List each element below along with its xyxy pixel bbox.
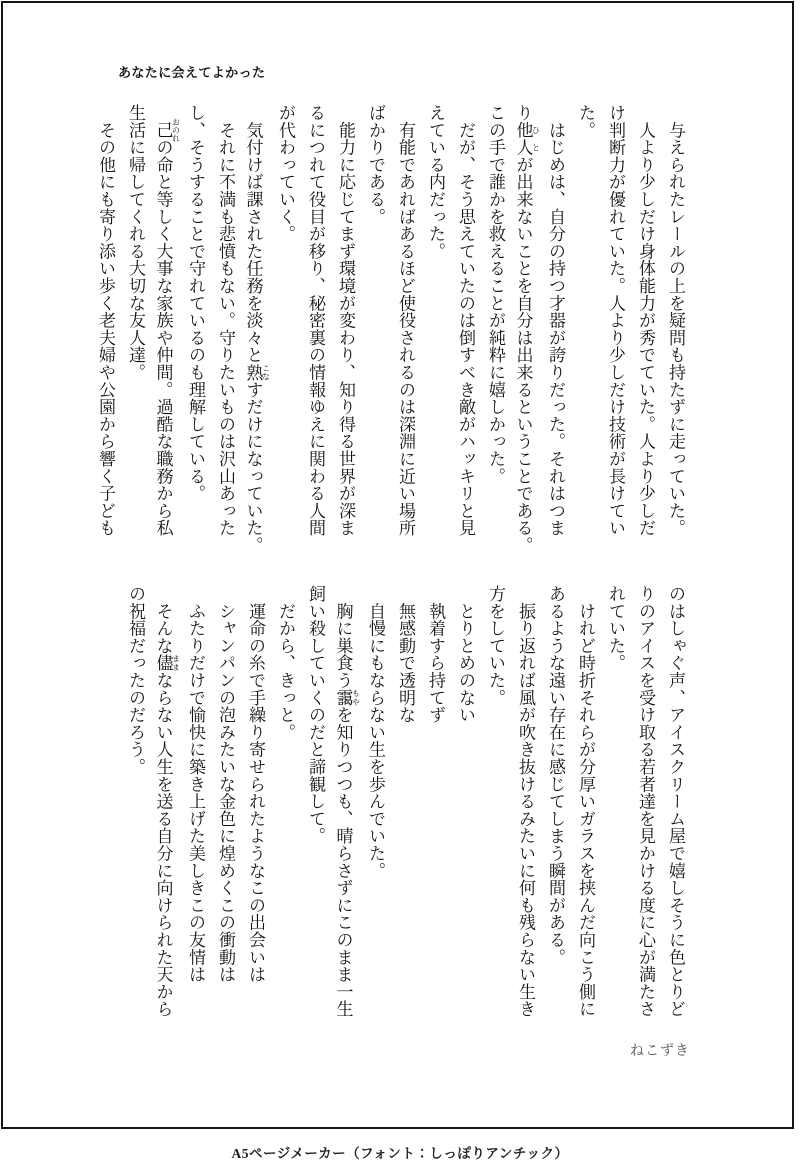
text-column: それに不満も悲憤もない。守りたいものは沢山あった (210, 104, 240, 537)
text-column: はじめは、自分の持つ才器が誇りだった。それはつま (540, 104, 570, 537)
text-column: 自慢にもならない生を歩んでいた。 (360, 585, 390, 879)
text-column: だから、きっと。 (270, 585, 300, 741)
text-column: け判断力が優れていた。人より少しだけ技術が長けてい (600, 104, 630, 537)
text-column: 己おのれの命と等しく大事な家族や仲間。過酷な職務から私 (150, 104, 180, 537)
text-column: 方をしていた。 (480, 585, 510, 706)
text-column: れていた。 (600, 585, 630, 672)
text-column: 執着すら持てず (420, 585, 450, 723)
text-column: 能力に応じてまず環境が変わり、知り得る世界が深ま (330, 104, 360, 537)
page: あなたに会えてよかった 与えられたレールの上を疑問も持たずに走っていた。 人より… (0, 0, 800, 1171)
text-column: とりとめのない (450, 585, 480, 723)
text-column: 人より少しだけ身体能力が秀でていた。人より少しだ (630, 104, 660, 537)
text-column: その他にも寄り添い歩く老夫婦や公園から響く子ども (90, 104, 120, 537)
text-column: りのアイスを受け取る若者達を見かける度に心が満たさ (630, 585, 660, 1018)
text-column: だが、そう思えていたのは倒すべき敵がハッキリと見 (450, 104, 480, 537)
text-column: そんな儘ままならない人生を送る自分に向けられた天から (150, 585, 180, 1018)
text-column: り他人ひとが出来ないことを自分は出来るということである。 (510, 104, 540, 554)
text-column: シャンパンの泡みたいな金色に煌めくこの衝動は (210, 585, 240, 983)
text-column: 胸に巣食う靄もやを知りつつも、晴らさずにこのまま一生 (330, 585, 360, 1018)
text-column: 無感動で透明な (390, 585, 420, 723)
lower-text-block: のはしゃぐ声、アイスクリーム屋で嬉しそうに色とりどりのアイスを受け取る若者達を見… (120, 585, 690, 1035)
text-column: 生活に帰してくれる大切な友人達。 (120, 104, 150, 381)
text-column: し、そうすることで守れているのも理解している。 (180, 104, 210, 502)
text-column: るにつれて役目が移り、秘密裏の情報ゆえに関わる人間 (300, 104, 330, 537)
footer-caption: A5ページメーカー（フォント：しっぽりアンチック） (0, 1142, 800, 1162)
text-column: この手で誰かを救えることが純粋に嬉しかった。 (480, 104, 510, 485)
text-column: ばかりである。 (360, 104, 390, 225)
text-column: 有能であればあるほど使役されるのは深淵に近い場所 (390, 104, 420, 537)
text-column: が代わっていく。 (270, 104, 300, 242)
text-column: た。 (570, 104, 600, 139)
text-column: の祝福だったのだろう。 (120, 585, 150, 775)
text-column: 運命の糸で手繰り寄せられたようなこの出会いは (240, 585, 270, 983)
page-title: あなたに会えてよかった (118, 62, 265, 81)
text-column: 気付けば課された任務を淡々と熟こなすだけになっていた。 (240, 104, 270, 554)
author-name: ねこずき (630, 1040, 690, 1060)
text-column: 与えられたレールの上を疑問も持たずに走っていた。 (660, 104, 690, 537)
upper-text-block: 与えられたレールの上を疑問も持たずに走っていた。 人より少しだけ身体能力が秀でて… (90, 104, 690, 554)
text-column: のはしゃぐ声、アイスクリーム屋で嬉しそうに色とりど (660, 585, 690, 1018)
text-column: 振り返れば風が吹き抜けるみたいに何も残らない生き (510, 585, 540, 1018)
text-column: あるような遠い存在に感じてしまう瞬間がある。 (540, 585, 570, 966)
text-column: ふたりだけで愉快に築き上げた美しきこの友情は (180, 585, 210, 983)
text-column: 飼い殺していくのだと諦観して。 (300, 585, 330, 845)
text-column: けれど時折それらが分厚いガラスを挟んだ向こう側に (570, 585, 600, 1018)
text-column: えている内だった。 (420, 104, 450, 260)
